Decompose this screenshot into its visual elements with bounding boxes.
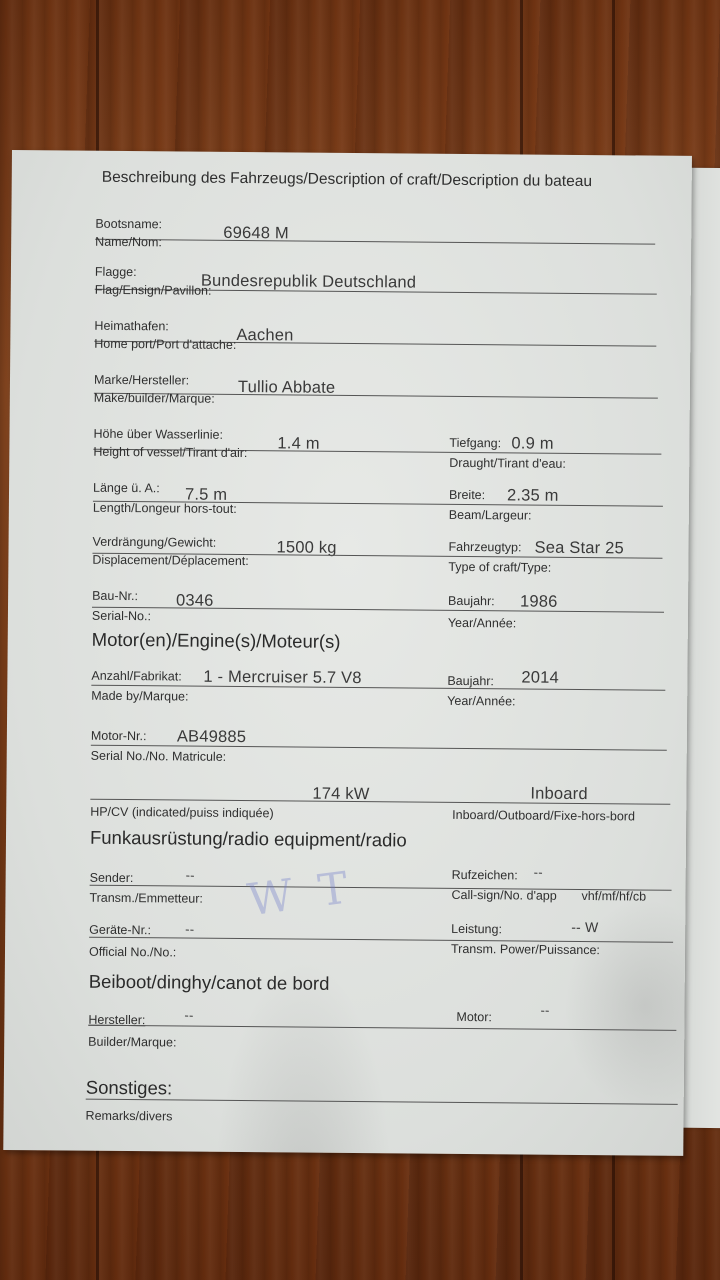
handwritten-mark: W T: [245, 862, 357, 926]
displacement-label-de: Verdrängung/Gewicht:: [93, 535, 217, 550]
remarks-label-en: Remarks/divers: [86, 1109, 173, 1124]
engine-year-label-de: Baujahr:: [447, 674, 494, 688]
call-sign-value: --: [534, 865, 543, 880]
dinghy-rule: [88, 1025, 676, 1031]
serial-label-de: Bau-Nr.:: [92, 589, 138, 603]
dinghy-motor-value: --: [540, 1003, 549, 1018]
transmitter-label-en: Transm./Emmetteur:: [89, 891, 203, 906]
engine-year-label-en: Year/Année:: [447, 694, 515, 709]
dinghy-builder-label-en: Builder/Marque:: [88, 1035, 176, 1050]
device-no-label-en: Official No./No.:: [89, 945, 176, 960]
craft-description-document: Beschreibung des Fahrzeugs/Description o…: [3, 150, 692, 1156]
displacement-label-en: Displacement/Déplacement:: [92, 553, 248, 568]
remarks-rule: [86, 1099, 678, 1105]
call-sign-label-de: Rufzeichen:: [452, 868, 518, 883]
dinghy-section-heading: Beiboot/dinghy/canot de bord: [89, 971, 330, 995]
engine-section-heading: Motor(en)/Engine(s)/Moteur(s): [92, 629, 341, 653]
engine-mount-label-en: Inboard/Outboard/Fixe-hors-bord: [452, 808, 635, 824]
flag-label-en: Flag/Ensign/Pavillon:: [95, 283, 212, 298]
radio-section-heading: Funkausrüstung/radio equipment/radio: [90, 827, 407, 852]
home-port-label-de: Heimathafen:: [94, 319, 168, 334]
engine-no-value: AB49885: [177, 727, 246, 747]
draught-label-en: Draught/Tirant d'eau:: [449, 456, 566, 471]
height-label-en: Height of vessel/Tirant d'air:: [93, 445, 247, 460]
build-year-label-en: Year/Année:: [448, 616, 516, 631]
name-label-en: Name/Nom:: [95, 235, 162, 250]
transmitter-label-de: Sender:: [90, 871, 134, 885]
make-label-en: Make/builder/Marque:: [94, 391, 215, 406]
engine-no-label-en: Serial No./No. Matricule:: [91, 749, 227, 764]
radio-power-label-de: Leistung:: [451, 922, 502, 936]
craft-type-label-en: Type of craft/Type:: [448, 560, 551, 575]
device-no-label-de: Geräte-Nr.:: [89, 923, 151, 938]
length-label-en: Length/Longeur hors-tout:: [93, 501, 237, 516]
draught-label-de: Tiefgang:: [449, 436, 501, 450]
engine-make-label-en: Made by/Marque:: [91, 689, 188, 704]
device-no-value: --: [185, 922, 194, 937]
make-label-de: Marke/Hersteller:: [94, 373, 189, 388]
engine-mount-value: Inboard: [530, 785, 588, 805]
dinghy-builder-value: --: [184, 1008, 193, 1023]
serial-label-en: Serial-No.:: [92, 609, 151, 624]
home-port-label-en: Home port/Port d'attache:: [94, 337, 236, 352]
name-label-de: Bootsname:: [95, 217, 162, 232]
radio-bands-label: vhf/mf/hf/cb: [581, 889, 646, 904]
engine-make-label-de: Anzahl/Fabrikat:: [91, 669, 181, 684]
dinghy-motor-label-de: Motor:: [456, 1010, 492, 1024]
document-title: Beschreibung des Fahrzeugs/Description o…: [102, 169, 592, 191]
craft-type-value: Sea Star 25: [534, 539, 624, 559]
flag-label-de: Flagge:: [95, 265, 137, 279]
name-rule: [95, 239, 655, 245]
call-sign-label-en: Call-sign/No. d'app: [451, 888, 556, 903]
length-label-de: Länge ü. A.:: [93, 481, 160, 496]
beam-label-de: Breite:: [449, 488, 485, 502]
engine-year-value: 2014: [521, 668, 559, 687]
beam-label-en: Beam/Largeur:: [449, 508, 532, 523]
build-year-value: 1986: [520, 592, 558, 611]
radio-power-value: -- W: [571, 919, 598, 935]
engine-power-label-en: HP/CV (indicated/puiss indiquée): [90, 805, 274, 821]
transmitter-value: --: [186, 868, 195, 883]
radio-power-label-en: Transm. Power/Puissance:: [451, 942, 600, 957]
engine-no-label-de: Motor-Nr.:: [91, 729, 147, 743]
height-label-de: Höhe über Wasserlinie:: [93, 427, 223, 442]
beam-value: 2.35 m: [507, 486, 559, 505]
craft-type-label-de: Fahrzeugtyp:: [448, 540, 521, 555]
draught-value: 0.9 m: [511, 434, 553, 453]
build-year-label-de: Baujahr:: [448, 594, 495, 608]
remarks-label-de: Sonstiges:: [86, 1077, 173, 1100]
